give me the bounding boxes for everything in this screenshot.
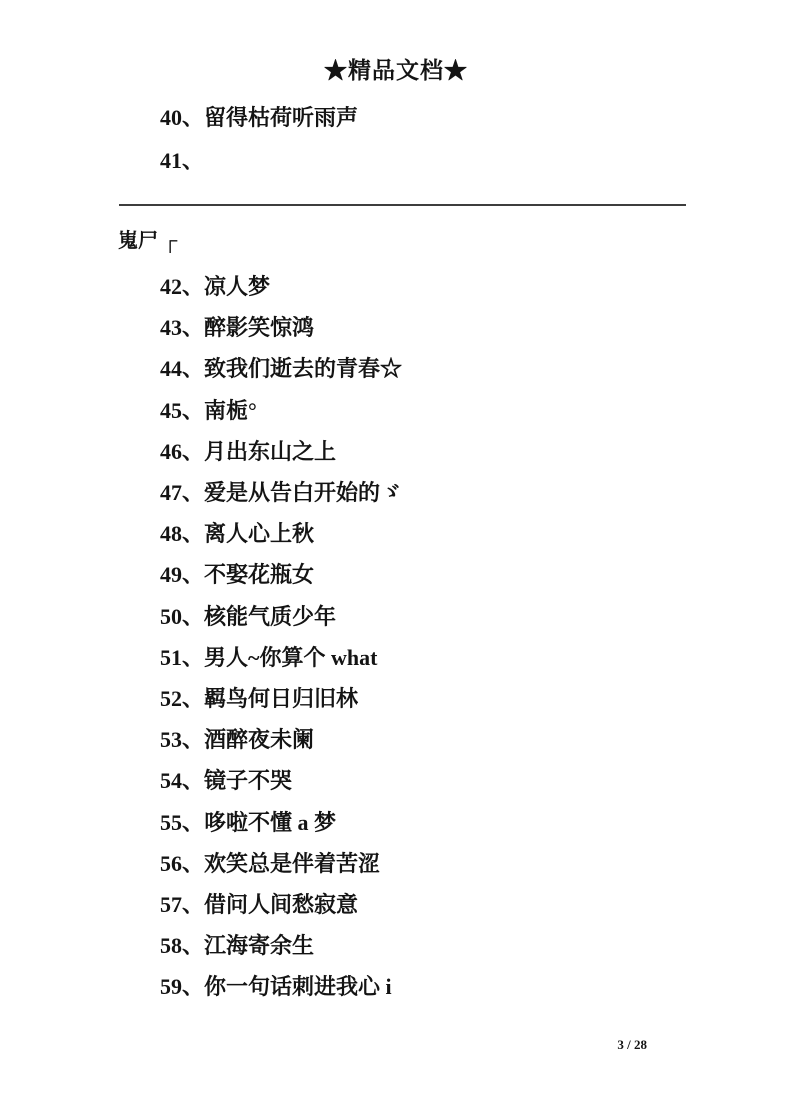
list-item: 47、爱是从告白开始的ゞ xyxy=(160,472,402,513)
nickname-list-main: 42、凉人梦 43、醉影笑惊鸿 44、致我们逝去的青春☆ 45、南栀° 46、月… xyxy=(160,266,402,1008)
section-heading: 嵬尸 ┌ xyxy=(118,224,177,253)
list-item: 52、羁鸟何日归旧林 xyxy=(160,678,402,719)
list-item: 59、你一句话刺进我心 i xyxy=(160,966,402,1007)
list-item: 58、江海寄余生 xyxy=(160,925,402,966)
list-item: 48、离人心上秋 xyxy=(160,513,402,554)
list-item: 50、核能气质少年 xyxy=(160,596,402,637)
list-item: 44、致我们逝去的青春☆ xyxy=(160,348,402,389)
document-header-title: ★精品文档★ xyxy=(0,52,792,85)
document-page: ★精品文档★ 40、留得枯荷听雨声 41、 嵬尸 ┌ 42、凉人梦 43、醉影笑… xyxy=(0,0,792,1120)
list-item: 57、借问人间愁寂意 xyxy=(160,884,402,925)
list-item: 55、哆啦不懂 a 梦 xyxy=(160,802,402,843)
list-item: 40、留得枯荷听雨声 xyxy=(160,96,358,139)
list-item: 45、南栀° xyxy=(160,390,402,431)
list-item: 54、镜子不哭 xyxy=(160,760,402,801)
horizontal-divider xyxy=(119,204,686,206)
list-item: 51、男人~你算个 what xyxy=(160,637,402,678)
list-item: 43、醉影笑惊鸿 xyxy=(160,307,402,348)
list-item: 42、凉人梦 xyxy=(160,266,402,307)
list-item: 46、月出东山之上 xyxy=(160,431,402,472)
nickname-list-top: 40、留得枯荷听雨声 41、 xyxy=(160,96,358,182)
list-item: 49、不娶花瓶女 xyxy=(160,554,402,595)
list-item: 41、 xyxy=(160,139,358,182)
list-item: 56、欢笑总是伴着苦涩 xyxy=(160,843,402,884)
page-number: 3 / 28 xyxy=(617,1037,647,1053)
list-item: 53、酒醉夜未阑 xyxy=(160,719,402,760)
